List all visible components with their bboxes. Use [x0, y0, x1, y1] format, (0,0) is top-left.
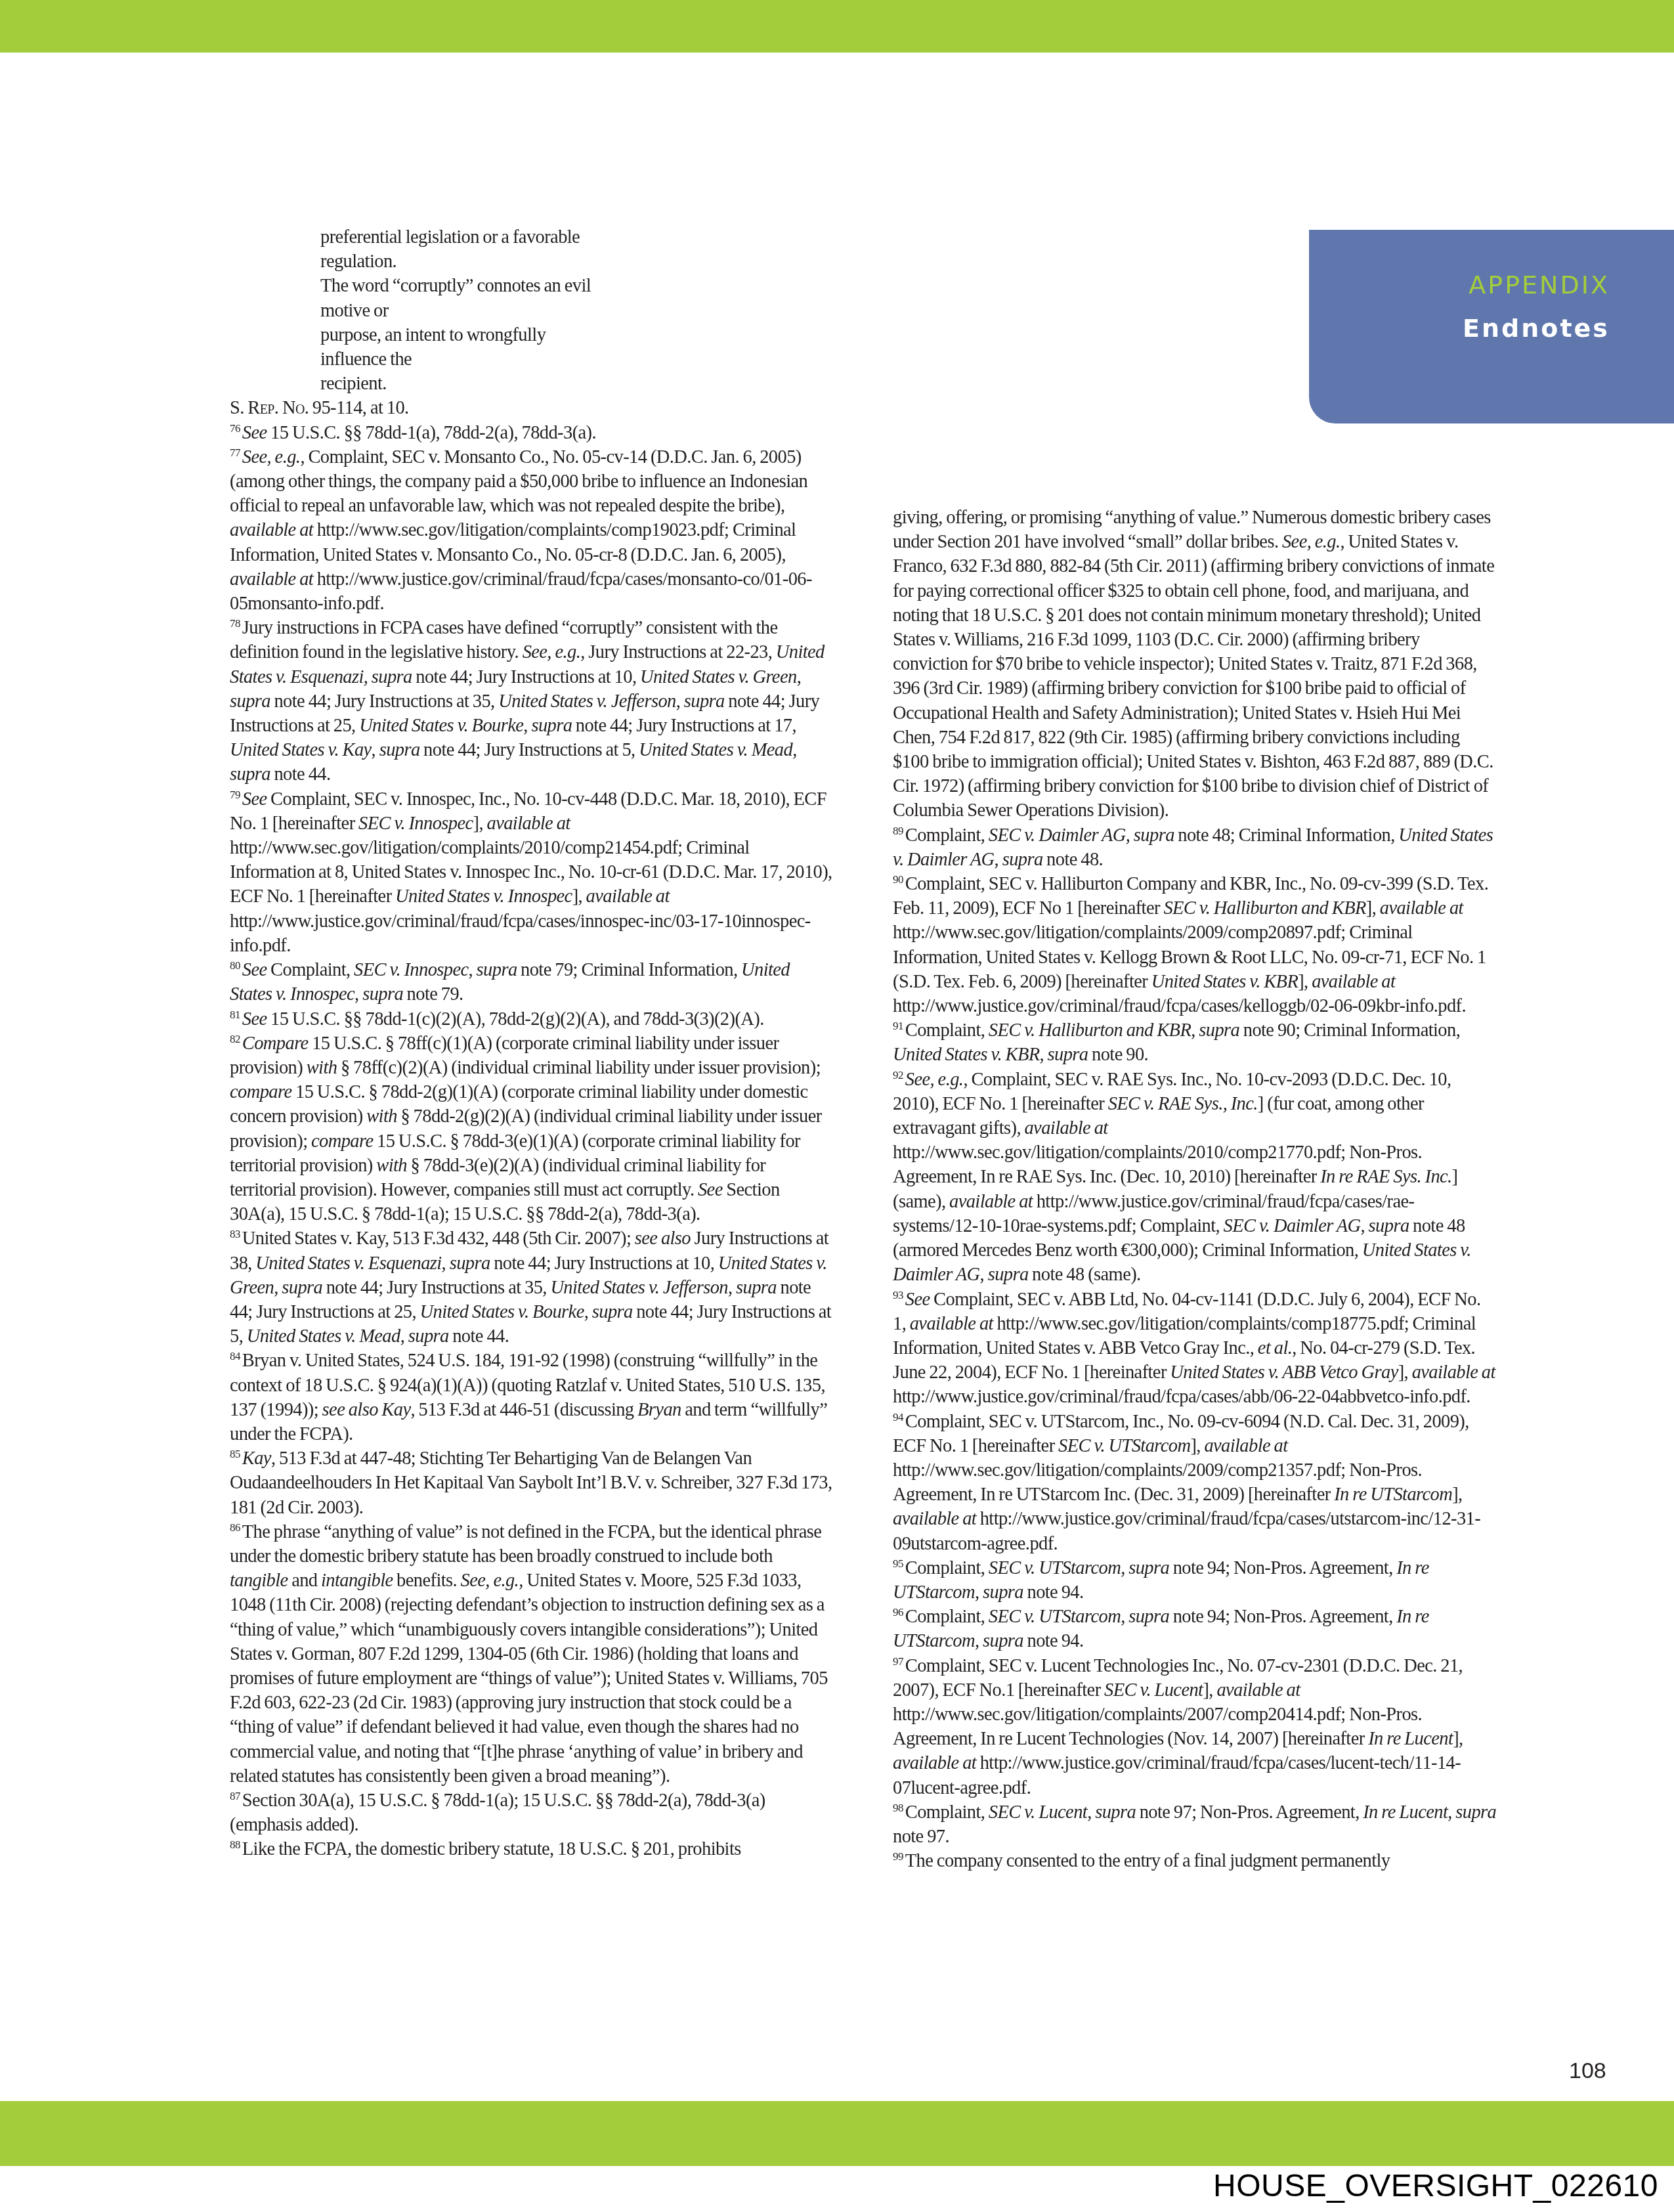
italic-text: SEC v. Innospec [354, 960, 468, 980]
text-run: , [1121, 1558, 1128, 1578]
endnote-number: 85 [230, 1448, 240, 1460]
italic-text: supra [1369, 1216, 1409, 1236]
italic-text: SEC v. Innospec [358, 813, 473, 834]
text-run: ], [1453, 1729, 1463, 1749]
text-run: , [797, 667, 802, 687]
italic-text: supra [230, 764, 270, 785]
italic-text: SEC v. Halliburton and KBR [1163, 898, 1365, 919]
text-run: Complaint, [905, 1802, 989, 1823]
endnote-number: 89 [893, 825, 903, 837]
endnote-number: 82 [230, 1033, 240, 1045]
text-run: , [372, 740, 379, 760]
italic-text: In re Lucent [1368, 1729, 1453, 1749]
endnote-number: 94 [893, 1411, 903, 1423]
endnote-number: 88 [230, 1838, 240, 1851]
endnote-number: 77 [230, 446, 240, 459]
text-run: ], [1298, 972, 1312, 992]
italic-text: See, e.g. [523, 642, 581, 662]
italic-text: available at [949, 1192, 1033, 1212]
italic-text: supra [1455, 1802, 1496, 1823]
italic-text: supra [477, 960, 517, 980]
italic-text: See [905, 1290, 930, 1310]
italic-text: supra [531, 716, 572, 736]
text-run: Complaint, [905, 1558, 989, 1578]
text-run: , [1361, 1216, 1369, 1236]
italic-text: United States v. Kay [230, 740, 372, 760]
italic-text: with [307, 1058, 337, 1078]
italic-text: available at [487, 813, 570, 834]
italic-text: available at [910, 1314, 993, 1334]
text-run: , [1191, 1020, 1199, 1041]
text-run: , [1126, 825, 1134, 846]
italic-text: supra [1095, 1802, 1136, 1823]
endnote-82: 82Compare 15 U.S.C. § 78ff(c)(1)(A) (cor… [230, 1031, 834, 1227]
text-run: United States v. Kay, 513 F.3d 432, 448 … [242, 1228, 635, 1249]
text-run: The company consented to the entry of a … [905, 1851, 1390, 1871]
endnote-76: 76See 15 U.S.C. §§ 78dd-1(a), 78dd-2(a),… [230, 421, 834, 445]
endnote-86: 86The phrase “anything of value” is not … [230, 1520, 834, 1789]
italic-text: See [242, 960, 267, 980]
italic-text: In re UTStarcom [1334, 1485, 1452, 1505]
text-run: , [274, 1278, 282, 1298]
text-run: ], [1190, 1436, 1204, 1456]
italic-text: SEC v. UTStarcom [989, 1558, 1121, 1578]
text-run: http://www.justice.gov/criminal/fraud/fc… [893, 1509, 1480, 1553]
italic-text: supra [408, 1326, 449, 1347]
italic-text: supra [230, 691, 270, 712]
endnote-93: 93See Complaint, SEC v. ABB Ltd, No. 04-… [893, 1288, 1497, 1410]
text-run: note 97. [893, 1827, 949, 1847]
italic-text: SEC v. Halliburton and KBR [989, 1020, 1191, 1041]
text-run: , Jury Instructions at 22-23, [580, 642, 776, 662]
text-run: http://www.justice.gov/criminal/fraud/fc… [230, 569, 812, 614]
italic-text: SEC v. RAE Sys., Inc. [1108, 1094, 1258, 1114]
italic-text: supra [736, 1278, 777, 1298]
text-run: note 44; Jury Instructions at 17, [572, 716, 796, 736]
text-run: ], [1366, 898, 1380, 919]
text-run: ], [1203, 1680, 1216, 1701]
italic-text: See [698, 1180, 723, 1200]
endnote-number: 80 [230, 959, 240, 972]
italic-text: available at [1412, 1362, 1495, 1383]
text-run: , [995, 850, 1002, 870]
text-run: Complaint, [905, 1607, 989, 1627]
italic-text: United States v. Green [640, 667, 797, 687]
italic-text: United States v. Bourke [359, 716, 523, 736]
endnote-94: 94Complaint, SEC v. UTStarcom, Inc., No.… [893, 1410, 1497, 1556]
text-run: , [1448, 1802, 1455, 1823]
italic-text: supra [1134, 825, 1174, 846]
endnote-number: 95 [893, 1557, 903, 1570]
text-run: , [584, 1302, 592, 1322]
italic-text: available at [1024, 1118, 1107, 1139]
quote-source: S. Rep. No. 95-114, at 10. [230, 396, 834, 420]
endnote-81: 81See 15 U.S.C. §§ 78dd-1(c)(2)(A), 78dd… [230, 1007, 834, 1031]
italic-text: Bryan [637, 1400, 681, 1420]
text-run: note 90; Criminal Information, [1239, 1020, 1460, 1041]
text-run: ], [473, 813, 487, 834]
text-run: , [792, 740, 797, 760]
italic-text: supra [372, 667, 412, 687]
text-run: note 44; Jury Instructions at 35, [270, 691, 498, 712]
text-run: ], [572, 886, 586, 907]
italic-text: supra [1048, 1045, 1088, 1065]
endnote-number: 91 [893, 1020, 903, 1032]
section-title: Endnotes [1463, 314, 1610, 343]
text-run: The phrase “anything of value” is not de… [230, 1522, 821, 1567]
text-run: , Complaint, SEC v. Monsanto Co., No. 05… [230, 447, 807, 516]
endnote-number: 83 [230, 1228, 240, 1240]
italic-text: available at [1204, 1436, 1287, 1456]
italic-text: United States v. Jefferson [498, 691, 676, 712]
quote-line: purpose, an intent to wrongfully influen… [320, 323, 609, 372]
italic-text: SEC v. Daimler AG [1224, 1216, 1361, 1236]
endnote-number: 97 [893, 1655, 903, 1668]
italic-text: supra [983, 1582, 1023, 1603]
italic-text: supra [592, 1302, 633, 1322]
endnote-list: 89Complaint, SEC v. Daimler AG, supra no… [893, 823, 1497, 1874]
endnote-number: 81 [230, 1008, 240, 1021]
endnote-list: 76See 15 U.S.C. §§ 78dd-1(a), 78dd-2(a),… [230, 421, 834, 1862]
text-run: § 78ff(c)(2)(A) (individual criminal lia… [337, 1058, 821, 1078]
text-run: and [288, 1571, 321, 1591]
italic-text: available at [1312, 972, 1395, 992]
text-run: Like the FCPA, the domestic bribery stat… [242, 1839, 741, 1859]
italic-text: United States v. Innospec [395, 886, 572, 907]
text-run: http://www.justice.gov/criminal/fraud/fc… [230, 911, 811, 956]
italic-text: supra [1002, 850, 1043, 870]
endnote-number: 86 [230, 1521, 240, 1534]
italic-text: available at [1380, 898, 1463, 919]
quote-line: preferential legislation or a favorable … [320, 225, 609, 274]
italic-text: compare [230, 1082, 291, 1102]
text-run: note 44; Jury Instructions at 10, [490, 1253, 718, 1274]
text-run: note 44; Jury Instructions at 10, [412, 667, 640, 687]
text-run: , [975, 1582, 983, 1603]
text-run: note 97; Non-Pros. Agreement, [1136, 1802, 1363, 1823]
endnote-78: 78Jury instructions in FCPA cases have d… [230, 616, 834, 787]
italic-text: available at [893, 1753, 976, 1773]
quote-source-suffix: 95-114, at 10. [309, 398, 408, 418]
italic-text: See, e.g. [905, 1070, 964, 1090]
italic-text: United States v. Esquenazi [255, 1253, 441, 1274]
text-run: note 44. [270, 764, 331, 785]
italic-text: available at [230, 520, 313, 540]
footer-bar [0, 2101, 1674, 2166]
text-run: note 90. [1088, 1045, 1149, 1065]
italic-text: available at [230, 569, 313, 590]
block-quote: preferential legislation or a favorable … [230, 225, 609, 396]
text-run: , [1087, 1802, 1095, 1823]
header-bar [0, 0, 1674, 53]
italic-text: compare [311, 1131, 373, 1152]
text-run: , [1040, 1045, 1048, 1065]
text-run: benefits. [393, 1571, 461, 1591]
text-run: , [980, 1265, 988, 1285]
text-run: , [364, 667, 372, 687]
italic-text: See [242, 789, 267, 810]
endnote-95: 95Complaint, SEC v. UTStarcom, supra not… [893, 1556, 1497, 1605]
text-run: http://www.sec.gov/litigation/complaints… [893, 1704, 1422, 1749]
endnote-87: 87Section 30A(a), 15 U.S.C. § 78dd-1(a);… [230, 1789, 834, 1837]
left-column: preferential legislation or a favorable … [230, 225, 834, 1862]
italic-text: See, e.g. [242, 447, 301, 467]
right-column: giving, offering, or promising “anything… [893, 506, 1497, 1873]
text-run: note 44. [449, 1326, 509, 1347]
italic-text: available at [586, 886, 670, 907]
italic-text: See [242, 423, 267, 443]
endnote-96: 96Complaint, SEC v. UTStarcom, supra not… [893, 1605, 1497, 1653]
endnote-number: 92 [893, 1069, 903, 1081]
italic-text: supra [1128, 1558, 1169, 1578]
italic-text: Compare [242, 1033, 309, 1054]
italic-text: supra [282, 1278, 322, 1298]
endnote-85: 85Kay, 513 F.3d at 447-48; Stichting Ter… [230, 1446, 834, 1520]
endnote-number: 76 [230, 422, 240, 435]
text-run: 15 U.S.C. §§ 78dd-1(c)(2)(A), 78dd-2(g)(… [267, 1009, 764, 1030]
quote-line: The word “corruptly” connotes an evil mo… [320, 274, 609, 322]
italic-text: tangible [230, 1571, 288, 1591]
endnote-number: 87 [230, 1790, 240, 1802]
italic-text: supra [983, 1631, 1023, 1651]
text-run: note 94; Non-Pros. Agreement, [1169, 1558, 1396, 1578]
endnote-90: 90Complaint, SEC v. Halliburton Company … [893, 872, 1497, 1018]
italic-text: available at [1216, 1680, 1300, 1701]
italic-text: supra [1199, 1020, 1239, 1041]
italic-text: In re Lucent [1363, 1802, 1448, 1823]
italic-text: See [242, 1009, 267, 1030]
italic-text: see also Kay [322, 1400, 411, 1420]
text-run: http://www.justice.gov/criminal/fraud/fc… [893, 1387, 1470, 1407]
endnote-continuation: giving, offering, or promising “anything… [893, 506, 1497, 823]
text-run: , [469, 960, 477, 980]
endnote-88: 88Like the FCPA, the domestic bribery st… [230, 1837, 834, 1861]
italic-text: United States v. Mead [247, 1326, 400, 1347]
text-run: , [442, 1253, 450, 1274]
endnote-91: 91Complaint, SEC v. Halliburton and KBR,… [893, 1018, 1497, 1067]
endnote-98: 98Complaint, SEC v. Lucent, supra note 9… [893, 1800, 1497, 1849]
text-run: Complaint, [905, 825, 989, 846]
text-run: http://www.justice.gov/criminal/fraud/fc… [893, 1753, 1461, 1798]
endnote-79: 79See Complaint, SEC v. Innospec, Inc., … [230, 787, 834, 958]
endnote-77: 77See, e.g., Complaint, SEC v. Monsanto … [230, 445, 834, 616]
quote-source-prefix: S. [230, 398, 247, 418]
text-run: http://www.justice.gov/criminal/fraud/fc… [893, 996, 1466, 1016]
italic-text: See, e.g. [1282, 532, 1341, 552]
italic-text: United States v. Bourke [420, 1302, 584, 1322]
endnote-number: 84 [230, 1350, 240, 1362]
text-run: ], [1452, 1485, 1462, 1505]
italic-text: United States v. Mead [639, 740, 792, 760]
italic-text: see also [635, 1228, 691, 1249]
endnote-97: 97Complaint, SEC v. Lucent Technologies … [893, 1654, 1497, 1800]
text-run: , [676, 691, 684, 712]
endnote-number: 96 [893, 1606, 903, 1618]
italic-text: In re RAE Sys. Inc. [1320, 1167, 1451, 1187]
text-run: , [523, 716, 531, 736]
text-run: , [400, 1326, 408, 1347]
endnote-80: 80See Complaint, SEC v. Innospec, supra … [230, 958, 834, 1007]
text-run: Complaint, [905, 1020, 989, 1041]
text-run: note 44; Jury Instructions at 5, [420, 740, 639, 760]
text-run: note 94. [1023, 1631, 1084, 1651]
text-run: note 94. [1023, 1582, 1084, 1603]
text-run: Complaint, [267, 960, 354, 980]
text-run: note 44; Jury Instructions at 35, [322, 1278, 550, 1298]
text-run: note 48 (same). [1029, 1265, 1141, 1285]
endnote-84: 84Bryan v. United States, 524 U.S. 184, … [230, 1349, 834, 1446]
italic-text: SEC v. Lucent [989, 1802, 1087, 1823]
italic-text: intangible [321, 1571, 393, 1591]
italic-text: supra [1128, 1607, 1169, 1627]
bates-stamp: HOUSE_OVERSIGHT_022610 [1213, 2168, 1658, 2204]
text-run: note 48; Criminal Information, [1174, 825, 1399, 846]
italic-text: Kay [242, 1448, 271, 1469]
endnote-number: 93 [893, 1289, 903, 1301]
italic-text: supra [362, 984, 403, 1005]
endnote-92: 92See, e.g., Complaint, SEC v. RAE Sys. … [893, 1068, 1497, 1288]
text-run: , [1121, 1607, 1128, 1627]
italic-text: supra [450, 1253, 490, 1274]
italic-text: supra [379, 740, 420, 760]
italic-text: SEC v. Lucent [1104, 1680, 1203, 1701]
italic-text: SEC v. Daimler AG [989, 825, 1126, 846]
italic-text: supra [684, 691, 725, 712]
italic-text: United States v. KBR [893, 1045, 1040, 1065]
endnote-number: 90 [893, 873, 903, 886]
endnote-83: 83United States v. Kay, 513 F.3d 432, 44… [230, 1226, 834, 1349]
text-run: note 79; Criminal Information, [517, 960, 742, 980]
endnote-number: 79 [230, 789, 240, 801]
italic-text: available at [893, 1509, 976, 1529]
text-run: http://www.sec.gov/litigation/complaints… [230, 520, 796, 565]
text-run: Section 30A(a), 15 U.S.C. § 78dd-1(a); 1… [230, 1790, 765, 1835]
italic-text: United States v. ABB Vetco Gray [1170, 1362, 1398, 1383]
quote-line: recipient. [320, 372, 609, 396]
text-run: , United States v. Moore, 525 F.3d 1033,… [230, 1571, 828, 1787]
endnote-89: 89Complaint, SEC v. Daimler AG, supra no… [893, 823, 1497, 872]
text-run: , 513 F.3d at 446-51 (discussing [410, 1400, 637, 1420]
endnote-99: 99The company consented to the entry of … [893, 1849, 1497, 1873]
italic-text: United States v. Jefferson [550, 1278, 728, 1298]
section-tab: APPENDIX Endnotes [1309, 230, 1674, 423]
text-run: note 94; Non-Pros. Agreement, [1169, 1607, 1396, 1627]
text-run: , [354, 984, 362, 1005]
text-run: ], [1398, 1362, 1412, 1383]
italic-text: SEC v. UTStarcom [989, 1607, 1121, 1627]
section-label: APPENDIX [1469, 271, 1610, 299]
text-run: , 513 F.3d at 447-48; Stichting Ter Beha… [230, 1448, 832, 1517]
text-run: , [728, 1278, 736, 1298]
italic-text: supra [988, 1265, 1029, 1285]
italic-text: United States v. KBR [1151, 972, 1298, 992]
quote-source-reporter: Rep. No. [247, 398, 309, 418]
text-run: , United States v. Franco, 632 F.3d 880,… [893, 532, 1494, 821]
endnote-number: 78 [230, 617, 240, 630]
endnote-number: 98 [893, 1802, 903, 1814]
text-run: 15 U.S.C. §§ 78dd-1(a), 78dd-2(a), 78dd-… [267, 423, 596, 443]
endnote-number: 99 [893, 1850, 903, 1863]
italic-text: SEC v. UTStarcom [1058, 1436, 1190, 1456]
text-run: note 48. [1043, 850, 1104, 870]
text-run: note 79. [403, 984, 463, 1005]
italic-text: with [366, 1106, 397, 1127]
text-run: , [975, 1631, 983, 1651]
page-number: 108 [1569, 2058, 1606, 2084]
italic-text: See, e.g. [461, 1571, 519, 1591]
italic-text: et al. [1258, 1338, 1292, 1358]
italic-text: with [376, 1156, 407, 1176]
